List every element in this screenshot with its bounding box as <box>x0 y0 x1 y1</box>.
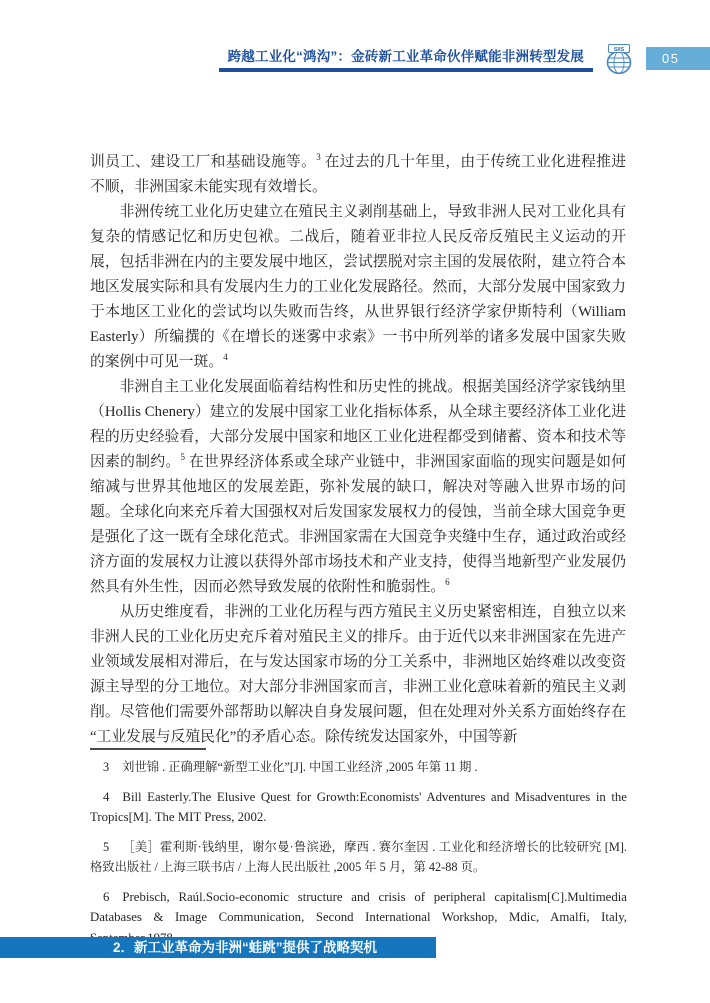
footnote-number: 6 <box>103 890 109 904</box>
paragraph: 训员工、建设工厂和基础设施等。3 在过去的几十年里，由于传统工业化进程推进不顺，… <box>90 150 626 200</box>
footnote-marker: 4 <box>223 352 228 362</box>
footnote-marker: 5 <box>180 452 185 462</box>
report-title: 跨越工业化“鸿沟”：金砖新工业革命伙伴赋能非洲转型发展 <box>219 44 593 72</box>
footnotes: 3刘世锦 . 正确理解“新型工业化”[J]. 中国工业经济 ,2005 年第 1… <box>90 757 627 957</box>
footnote-5: 5［美］霍利斯·钱纳里，谢尔曼·鲁滨逊，摩西 . 赛尔奎因 . 工业化和经济增长… <box>90 837 627 878</box>
logo-text: SIIS <box>614 47 625 53</box>
body-text: 训员工、建设工厂和基础设施等。3 在过去的几十年里，由于传统工业化进程推进不顺，… <box>90 150 626 750</box>
footnote-3: 3刘世锦 . 正确理解“新型工业化”[J]. 中国工业经济 ,2005 年第 1… <box>90 757 627 778</box>
footnote-separator <box>90 748 206 750</box>
footnote-marker: 3 <box>316 152 321 162</box>
paragraph: 非洲传统工业化历史建立在殖民主义剥削基础上，导致非洲人民对工业化具有复杂的情感记… <box>90 200 626 375</box>
section-heading-bar: 2．新工业革命为非洲“蛙跳”提供了战略契机 <box>0 937 436 958</box>
paragraph: 非洲自主工业化发展面临着结构性和历史性的挑战。根据美国经济学家钱纳里（Holli… <box>90 375 626 600</box>
page-number-badge: 05 <box>646 47 710 70</box>
paragraph: 从历史维度看，非洲的工业化历程与西方殖民主义历史紧密相连，自独立以来非洲人民的工… <box>90 600 626 750</box>
footnote-number: 5 <box>103 840 109 854</box>
footnote-4: 4Bill Easterly.The Elusive Quest for Gro… <box>90 787 627 828</box>
footnote-marker: 6 <box>445 577 450 587</box>
document-page: 跨越工业化“鸿沟”：金砖新工业革命伙伴赋能非洲转型发展 SIIS 05 训员工、… <box>0 0 710 1003</box>
footnote-number: 4 <box>103 790 109 804</box>
siis-globe-logo-icon: SIIS <box>601 43 637 75</box>
footnote-number: 3 <box>103 760 109 774</box>
